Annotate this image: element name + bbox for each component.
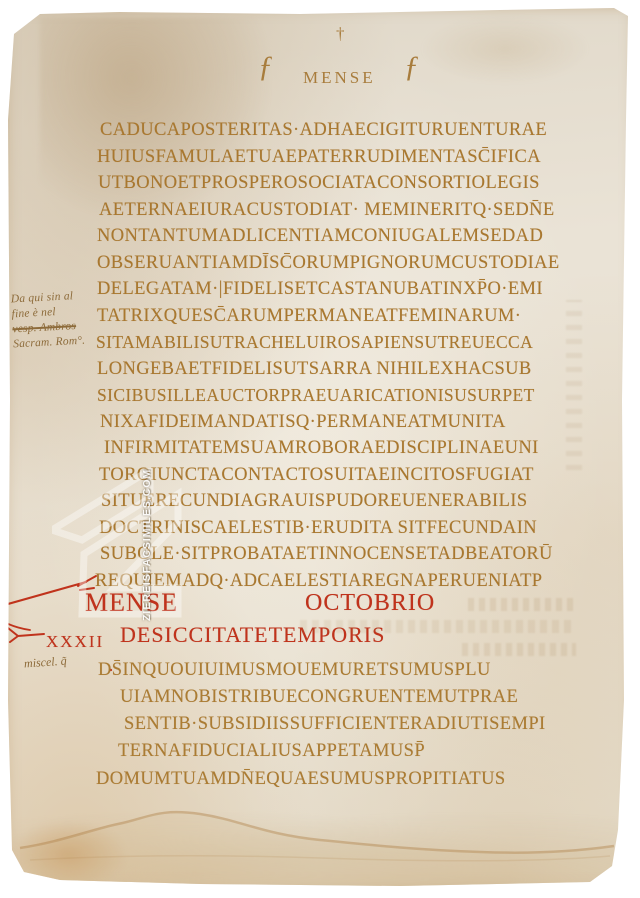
manuscript-line: HUIUSFAMULAETUAEPATERRUDIMENTASC̄IFICA xyxy=(97,147,541,168)
header-flourish-left: ƒ xyxy=(258,50,273,84)
manuscript-line: LONGEBAETFIDELISUTSARRA NIHILEXHACSUB xyxy=(97,359,532,380)
manuscript-line: INFIRMITATEMSUAMROBORAEDISCIPLINAEUNI xyxy=(104,438,539,459)
watermark-text: ZIEREISFACSIMILES.COM xyxy=(141,481,153,621)
manuscript-line: AETERNAEIURACUSTODIAT· MEMINERITQ·SEDN̄E xyxy=(99,200,555,221)
manuscript-line: DELEGATAM·|FIDELISETCASTANUBATINXP̄O·EMI xyxy=(97,279,543,300)
manuscript-line: UTBONOETPROSPEROSOCIATACONSORTIOLEGIS xyxy=(98,173,540,194)
parchment-stain-top-right xyxy=(420,14,590,84)
prayer-line: TERNAFIDUCIALIUSAPPETAMUSP̄ xyxy=(118,741,425,762)
margin-gloss: miscel. q̃ xyxy=(24,654,68,672)
manuscript-line: OBSERUANTIAMDĪSC̄ORUMPIGNORUMCUSTODIAE xyxy=(97,253,560,274)
manuscript-line: SITAMABILISUTRACHELUIROSAPIENSUTREUECCA xyxy=(96,332,533,353)
prayer-line: DOMUMTUAMDN̄EQUAESUMUSPROPITIATUS xyxy=(96,769,506,790)
manuscript-line: NIXAFIDEIMANDATISQ·PERMANEATMUNITA xyxy=(100,412,506,433)
bleedthrough-text xyxy=(566,300,582,470)
rubric-month: OCTOBRIO xyxy=(305,590,435,617)
margin-note: Da qui sin al fine è nel vesp. Ambros Sa… xyxy=(10,288,105,353)
parchment-stain-bottom xyxy=(10,800,630,890)
manuscript-line: SICIBUSILLEAUCTORPRAEUARICATIONISUSURPET xyxy=(97,385,535,406)
water-stain-line xyxy=(0,790,640,898)
bleedthrough-text xyxy=(468,598,576,611)
parchment-stain-bottom-left xyxy=(8,820,128,890)
manuscript-line: NONTANTUMADLICENTIAMCONIUGALEMSEDAD xyxy=(97,226,543,247)
prayer-line: UIAMNOBISTRIBUECONGRUENTEMUTPRAE xyxy=(120,687,518,708)
prayer-line: DS̄INQUOUIUIMUSMOUEMURETSUMUSPLU xyxy=(98,660,491,681)
chapter-number: XXXII xyxy=(46,632,104,652)
page-header-title: MENSE xyxy=(303,68,376,88)
manuscript-line: TATRIXQUESC̄ARUMPERMANEATFEMINARUM· xyxy=(97,306,521,327)
manuscript-line: CADUCAPOSTERITAS·ADHAECIGITURUENTURAE xyxy=(100,120,547,141)
header-cross-mark: † xyxy=(336,24,345,44)
prayer-line: SENTIB·SUBSIDIISSUFFICIENTERADIUTISEMPI xyxy=(124,714,546,735)
watermark-logo xyxy=(52,468,182,628)
bleedthrough-text xyxy=(462,643,576,656)
manuscript-page: † ƒ MENSE ƒ CADUCAPOSTERITAS·ADHAECIGITU… xyxy=(0,0,640,898)
header-flourish-right: ƒ xyxy=(404,50,419,84)
